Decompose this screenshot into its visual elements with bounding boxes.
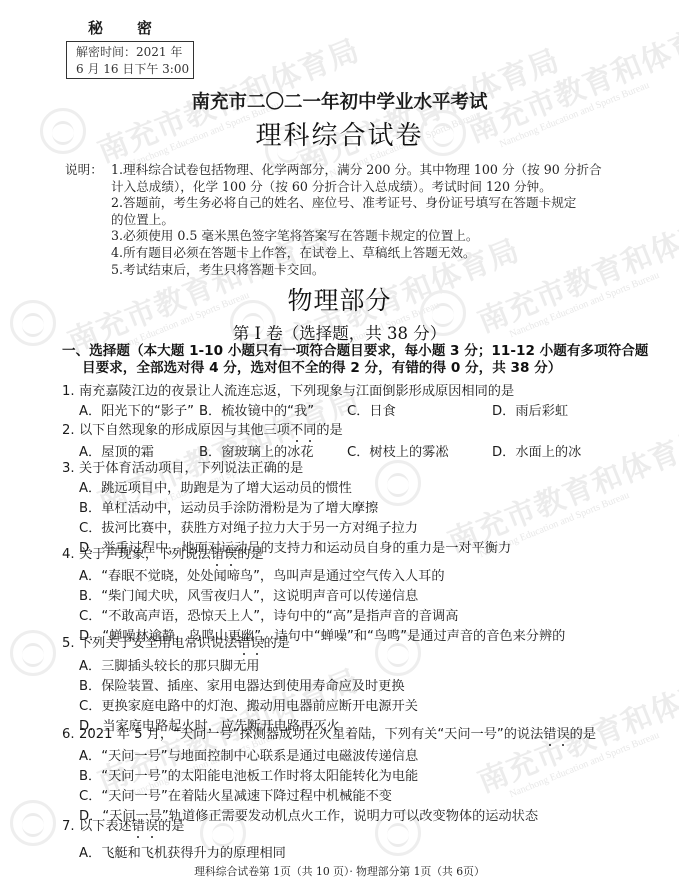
exam-title: 南充市二〇二一年初中学业水平考试: [0, 88, 679, 114]
emphasis-char: 误: [556, 723, 569, 742]
note-line: 1.理科综合试卷包括物理、化学两部分，满分 200 分。其中物理 100 分（按…: [111, 162, 671, 179]
option-b: B．梳妆镜中的“我”: [199, 400, 314, 419]
emphasis-char: 误: [250, 632, 263, 651]
emphasis-char: 错: [132, 815, 145, 834]
option-c: C．日食: [347, 400, 396, 419]
option-a: A．跳远项目中，助跑是为了增大运动员的惯性: [79, 477, 352, 496]
emphasis-char: 误: [224, 543, 237, 562]
option-c: C．树枝上的雾凇: [347, 441, 449, 460]
option-c: C．“不敢高声语，恐惊天上人”，诗句中的“高”是指声音的音调高: [79, 605, 458, 624]
option-b: B．“天问一号”的太阳能电池板工作时将太阳能转化为电能: [79, 765, 418, 784]
emphasis-char: 误: [145, 815, 158, 834]
confidential-mark: 秘密: [88, 17, 152, 38]
option-a: A．“春眠不觉晓，处处闻啼鸟”，鸟叫声是通过空气传入人耳的: [79, 565, 445, 584]
emphasis-char: 错: [211, 543, 224, 562]
emphasis-char: 同: [303, 419, 316, 438]
option-a: A．“天问一号”与地面控制中心联系是通过电磁波传递信息: [79, 745, 418, 764]
page-footer: 理科综合试卷第 1页（共 10 页）· 物理部分第 1页（共 6页）: [0, 864, 679, 879]
option-b: B．单杠活动中，运动员手涂防滑粉是为了增大摩擦: [79, 497, 378, 516]
note-line: 计入总成绩），化学 100 分（按 60 分折合计入总成绩）。考试时间 120 …: [111, 179, 671, 196]
note-line: 的位置上。: [111, 212, 671, 229]
declassify-time-box: 解密时间：2021 年 6 月 16 日下午 3:00: [66, 41, 194, 79]
option-b: B．“柴门闻犬吠，风雪夜归人”，这说明声音可以传递信息: [79, 585, 418, 604]
emphasis-char: 错: [237, 632, 250, 651]
option-c: C．拔河比赛中，获胜方对绳子拉力大于另一方对绳子拉力: [79, 517, 418, 536]
option-d: D．雨后彩虹: [492, 400, 568, 419]
watermark-logo-icon: [375, 460, 421, 506]
section-instructions: 一、选择题（本大题 1-10 小题只有一项符合题目要求，每小题 3 分；11-1…: [62, 343, 648, 377]
option-a: A．飞艇和飞机获得升力的原理相同: [79, 842, 286, 861]
volume-title: 第 I 卷（选择题，共 38 分）: [0, 320, 679, 344]
question-stem: 关于体育活动项目，下列说法正确的是: [79, 461, 303, 476]
question-stem: 南充嘉陵江边的夜景让人流连忘返，下列现象与江面倒影形成原因相同的是: [79, 384, 514, 399]
option-a: A．三脚插头较长的那只脚无用: [79, 655, 259, 674]
exam-page: 南充市教育和体育局 Nanchong Education and Sports …: [0, 0, 679, 886]
option-c: C．更换家庭电路中的灯泡、搬动用电器前应断开电源开关: [79, 695, 418, 714]
notes-label: 说明：: [65, 162, 103, 179]
note-line: 2.答题前，考生务必将自己的姓名、座位号、准考证号、身份证号填写在答题卡规定: [111, 195, 671, 212]
note-line: 3.必须使用 0.5 毫米黑色签字笔将答案写在答题卡规定的位置上。: [111, 228, 671, 245]
option-d: D．水面上的冰: [492, 441, 581, 460]
watermark-logo-icon: [10, 630, 56, 676]
section-title: 物理部分: [0, 281, 679, 317]
option-a: A．阳光下的“影子”: [79, 400, 194, 419]
option-c: C．“天问一号”在着陆火星减速下降过程中机械能不变: [79, 785, 392, 804]
emphasis-char: 不: [290, 419, 303, 438]
option-b: B．保险装置、插座、家用电器达到使用寿命应及时更换: [79, 675, 405, 694]
emphasis-char: 错: [543, 723, 556, 742]
note-line: 5.考试结束后，考生只将答题卡交回。: [111, 262, 671, 279]
watermark-logo-icon: [10, 800, 56, 846]
paper-title: 理科综合试卷: [0, 115, 679, 152]
note-line: 4.所有题目必须在答题卡上作答，在试卷上、草稿纸上答题无效。: [111, 245, 671, 262]
